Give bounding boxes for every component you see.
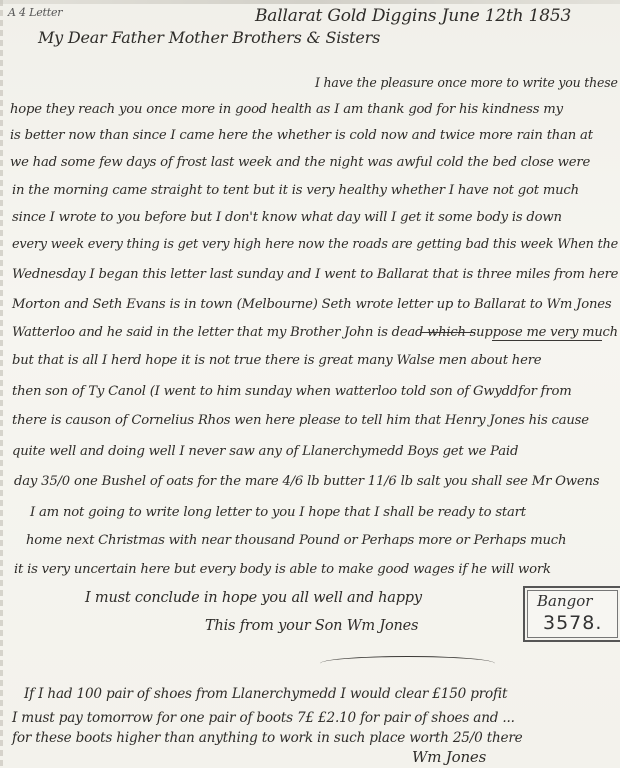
archive-stamp: Bangor 3578. — [523, 586, 620, 642]
stamp-number: 3578. — [543, 612, 602, 634]
archive-reference: A 4 Letter — [8, 6, 62, 19]
body-line: every week every thing is get very high … — [12, 237, 618, 252]
paper-left-edge — [0, 0, 3, 768]
paper-top-edge — [0, 0, 620, 4]
letter-signature: This from your Son Wm Jones — [205, 618, 418, 634]
body-line: it is very uncertain here but every body… — [14, 562, 551, 577]
body-line: I am not going to write long letter to y… — [30, 505, 526, 520]
letter-page: A 4 Letter Ballarat Gold Diggins June 12… — [0, 0, 620, 768]
body-line: home next Christmas with near thousand P… — [26, 533, 566, 548]
letter-closing: I must conclude in hope you all well and… — [85, 590, 422, 606]
body-line: then son of Ty Canol (I went to him sund… — [12, 384, 572, 399]
body-line: hope they reach you once more in good he… — [10, 102, 563, 117]
body-line: is better now than since I came here the… — [10, 128, 593, 143]
body-line: we had some few days of frost last week … — [10, 155, 590, 170]
postscript-signature: Wm Jones — [412, 748, 486, 766]
pen-flourish — [320, 656, 495, 671]
underline-mark — [420, 332, 475, 333]
body-line: Watterloo and he said in the letter that… — [12, 325, 618, 340]
body-line: quite well and doing well I never saw an… — [12, 444, 518, 459]
body-line: in the morning came straight to tent but… — [12, 183, 579, 198]
postscript-line: I must pay tomorrow for one pair of boot… — [12, 710, 515, 726]
underline-mark — [492, 340, 602, 341]
body-line: there is causon of Cornelius Rhos wen he… — [12, 413, 589, 428]
postscript-line: for these boots higher than anything to … — [12, 730, 523, 746]
body-line: Morton and Seth Evans is in town (Melbou… — [12, 297, 611, 312]
body-line: Wednesday I began this letter last sunda… — [12, 267, 618, 282]
stamp-place: Bangor — [537, 592, 592, 610]
body-line: day 35/0 one Bushel of oats for the mare… — [14, 474, 599, 489]
letter-salutation: My Dear Father Mother Brothers & Sisters — [38, 28, 380, 47]
letter-header-place-date: Ballarat Gold Diggins June 12th 1853 — [255, 6, 571, 26]
postscript-line: If I had 100 pair of shoes from Llanerch… — [24, 686, 507, 702]
body-line: since I wrote to you before but I don't … — [12, 210, 562, 225]
body-line: I have the pleasure once more to write y… — [315, 76, 618, 91]
body-line: but that is all I herd hope it is not tr… — [12, 353, 541, 368]
